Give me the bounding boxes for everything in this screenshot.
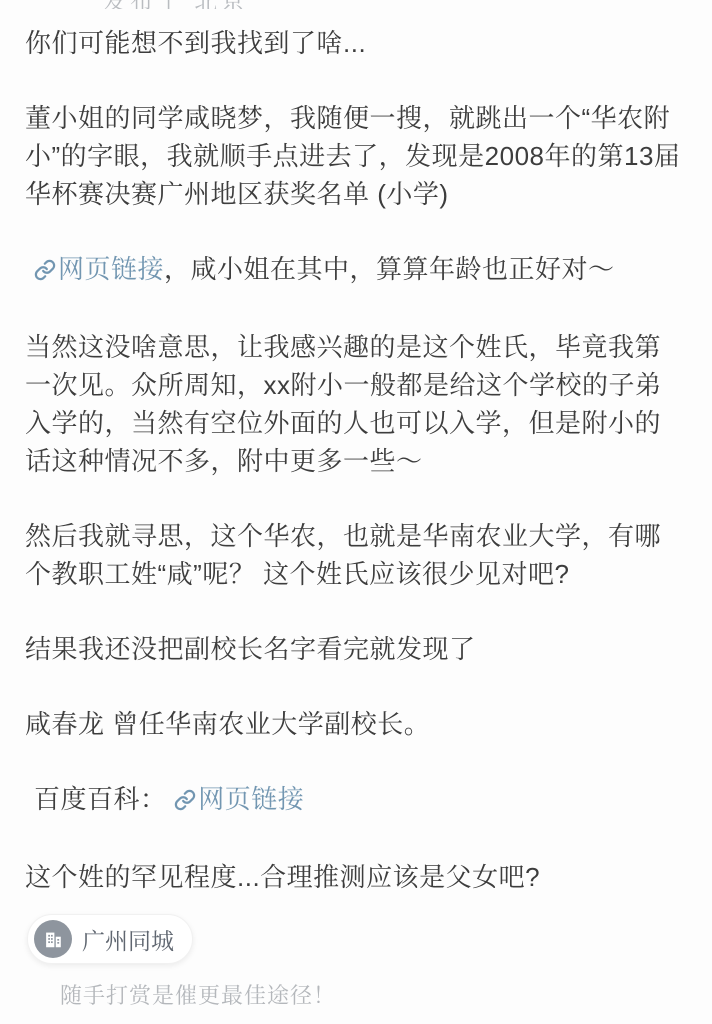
location-badge[interactable]: 广州同城 [27, 914, 193, 964]
post-paragraph: 你们可能想不到我找到了啥... [25, 24, 687, 62]
webpage-link[interactable]: 网页链接 [34, 254, 164, 284]
webpage-link-baike[interactable]: 网页链接 [174, 784, 304, 814]
post-page: 发布于 北京 你们可能想不到我找到了啥... 董小姐的同学咸晓梦，我随便一搜，就… [0, 0, 712, 1024]
webpage-link-label: 网页链接 [198, 784, 304, 814]
post-paragraph: 网页链接，咸小姐在其中，算算年龄也正好对～ [25, 250, 687, 291]
post-paragraph: 百度百科： 网页链接 [25, 780, 687, 821]
post-text: ，咸小姐在其中，算算年龄也正好对～ [164, 254, 615, 284]
post-body: 你们可能想不到我找到了啥... 董小姐的同学咸晓梦，我随便一搜，就跳出一个“华农… [25, 24, 687, 1010]
post-meta-text: 发布于 北京 [103, 0, 248, 9]
post-paragraph: 当然这没啥意思，让我感兴趣的是这个姓氏，毕竟我第一次见。众所周知，xx附小一般都… [25, 328, 687, 480]
location-badge-label: 广州同城 [82, 923, 174, 956]
post-text: 百度百科： [34, 784, 174, 814]
post-paragraph: 董小姐的同学咸晓梦，我随便一搜，就跳出一个“华农附小”的字眼，我就顺手点进去了，… [25, 99, 687, 213]
link-icon [34, 253, 56, 291]
post-paragraph: 咸春龙 曾任华南农业大学副校长。 [25, 705, 687, 743]
post-paragraph: 结果我还没把副校长名字看完就发现了 [25, 630, 687, 668]
webpage-link-label: 网页链接 [58, 254, 164, 284]
tip-text: 随手打赏是催更最佳途径！ [25, 979, 687, 1010]
post-meta-cutoff: 发布于 北京 [25, 0, 687, 9]
post-paragraph: 然后我就寻思，这个华农，也就是华南农业大学，有哪个教职工姓“咸”呢？ 这个姓氏应… [25, 517, 687, 593]
link-icon [174, 783, 196, 821]
building-icon [34, 920, 72, 958]
post-paragraph: 这个姓的罕见程度...合理推测应该是父女吧? [25, 858, 687, 896]
